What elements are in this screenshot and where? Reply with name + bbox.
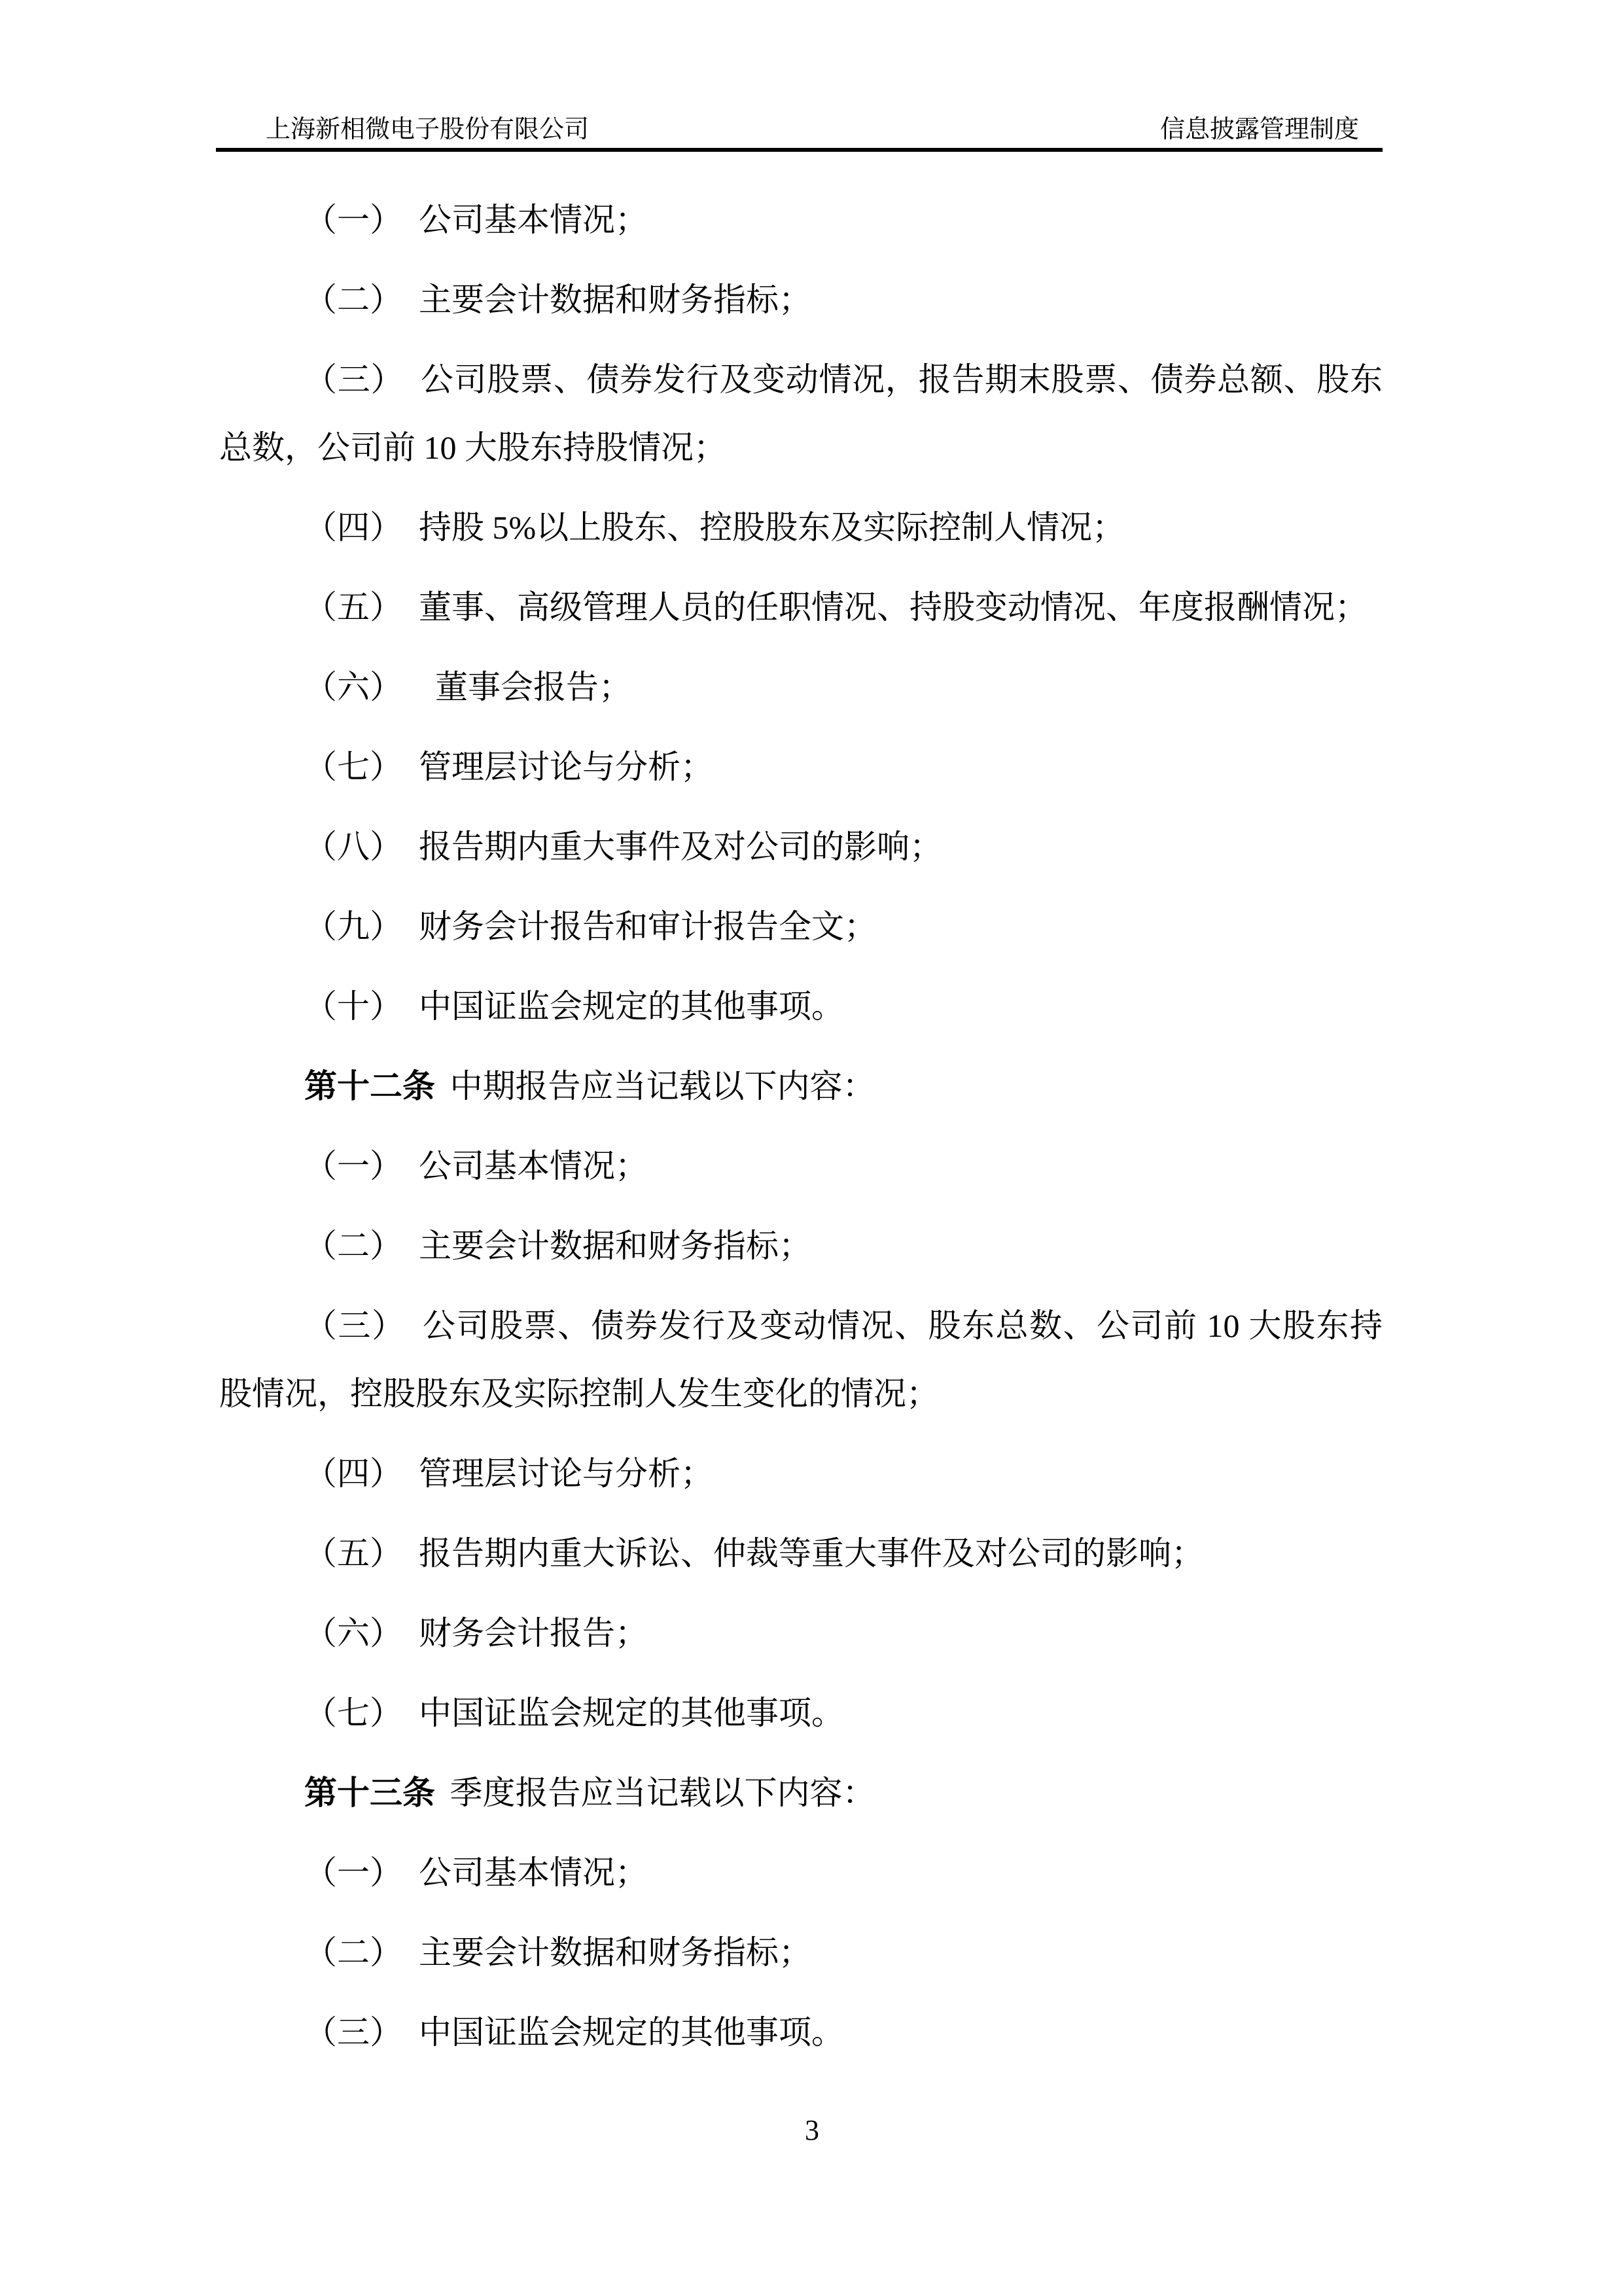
list-item-line: （三） 中国证监会规定的其他事项。: [219, 1998, 1383, 2066]
list-item: （三） 公司股票、债券发行及变动情况、股东总数、公司前 10 大股东持股情况，控…: [219, 1292, 1383, 1428]
list-item-line: （八） 报告期内重大事件及对公司的影响；: [219, 813, 1383, 881]
list-item: （二） 主要会计数据和财务指标；: [219, 1918, 1383, 1987]
document-page: 上海新相微电子股份有限公司 信息披露管理制度 （一） 公司基本情况；（二） 主要…: [0, 0, 1624, 2296]
list-item-line: （四） 持股 5%以上股东、控股股东及实际控制人情况；: [219, 493, 1383, 561]
list-item: （六） 董事会报告；: [219, 653, 1383, 721]
list-item-line: （六） 财务会计报告；: [219, 1599, 1383, 1667]
list-item: （三） 公司股票、债券发行及变动情况，报告期末股票、债券总额、股东总数，公司前 …: [219, 345, 1383, 482]
list-item: （八） 报告期内重大事件及对公司的影响；: [219, 813, 1383, 881]
list-item-line: （二） 主要会计数据和财务指标；: [219, 1918, 1383, 1987]
article-heading-line: 第十二条中期报告应当记载以下内容：: [219, 1052, 1383, 1120]
list-item: （十） 中国证监会规定的其他事项。: [219, 972, 1383, 1040]
list-item: （七） 中国证监会规定的其他事项。: [219, 1679, 1383, 1747]
list-item-line: （二） 主要会计数据和财务指标；: [219, 266, 1383, 334]
header-document-title: 信息披露管理制度: [1160, 113, 1383, 147]
document-body: （一） 公司基本情况；（二） 主要会计数据和财务指标；（三） 公司股票、债券发行…: [219, 186, 1383, 2078]
list-item-line: （三） 公司股票、债券发行及变动情况、股东总数、公司前 10 大股东持: [219, 1292, 1383, 1360]
page-number: 3: [805, 2114, 819, 2146]
article-number: 第十三条: [304, 1775, 435, 1811]
list-item-line: （五） 报告期内重大诉讼、仲裁等重大事件及对公司的影响；: [219, 1519, 1383, 1587]
page-footer: 3: [0, 2111, 1624, 2150]
list-item-continuation-line: 股情况，控股股东及实际控制人发生变化的情况；: [219, 1360, 1383, 1428]
list-item: （五） 董事、高级管理人员的任职情况、持股变动情况、年度报酬情况；: [219, 573, 1383, 641]
list-item-line: （七） 管理层讨论与分析；: [219, 733, 1383, 801]
list-item: （二） 主要会计数据和财务指标；: [219, 1212, 1383, 1280]
list-item-line: （一） 公司基本情况；: [219, 1839, 1383, 1907]
list-item: （六） 财务会计报告；: [219, 1599, 1383, 1667]
article-heading: 第十三条季度报告应当记载以下内容：: [219, 1759, 1383, 1827]
list-item-line: （九） 财务会计报告和审计报告全文；: [219, 892, 1383, 961]
header-rule: [216, 148, 1383, 152]
list-item: （一） 公司基本情况；: [219, 1839, 1383, 1907]
list-item-line: （六） 董事会报告；: [219, 653, 1383, 721]
list-item-line: （一） 公司基本情况；: [219, 1132, 1383, 1200]
list-item: （二） 主要会计数据和财务指标；: [219, 266, 1383, 334]
list-item-line: （三） 公司股票、债券发行及变动情况，报告期末股票、债券总额、股东: [219, 345, 1383, 414]
list-item: （一） 公司基本情况；: [219, 1132, 1383, 1200]
list-item: （四） 持股 5%以上股东、控股股东及实际控制人情况；: [219, 493, 1383, 561]
list-item: （五） 报告期内重大诉讼、仲裁等重大事件及对公司的影响；: [219, 1519, 1383, 1587]
list-item-line: （四） 管理层讨论与分析；: [219, 1439, 1383, 1508]
list-item: （三） 中国证监会规定的其他事项。: [219, 1998, 1383, 2066]
list-item: （七） 管理层讨论与分析；: [219, 733, 1383, 801]
list-item-continuation-line: 总数，公司前 10 大股东持股情况；: [219, 414, 1383, 482]
header-company-name: 上海新相微电子股份有限公司: [216, 113, 589, 147]
article-heading-line: 第十三条季度报告应当记载以下内容：: [219, 1759, 1383, 1827]
list-item: （一） 公司基本情况；: [219, 186, 1383, 254]
list-item: （九） 财务会计报告和审计报告全文；: [219, 892, 1383, 961]
article-text: 中期报告应当记载以下内容：: [450, 1068, 875, 1104]
list-item-line: （一） 公司基本情况；: [219, 186, 1383, 254]
article-heading: 第十二条中期报告应当记载以下内容：: [219, 1052, 1383, 1120]
list-item-line: （二） 主要会计数据和财务指标；: [219, 1212, 1383, 1280]
list-item-line: （七） 中国证监会规定的其他事项。: [219, 1679, 1383, 1747]
article-text: 季度报告应当记载以下内容：: [450, 1775, 875, 1811]
article-number: 第十二条: [304, 1068, 435, 1104]
list-item: （四） 管理层讨论与分析；: [219, 1439, 1383, 1508]
list-item-line: （五） 董事、高级管理人员的任职情况、持股变动情况、年度报酬情况；: [219, 573, 1383, 641]
page-header: 上海新相微电子股份有限公司 信息披露管理制度: [216, 113, 1383, 147]
list-item-line: （十） 中国证监会规定的其他事项。: [219, 972, 1383, 1040]
